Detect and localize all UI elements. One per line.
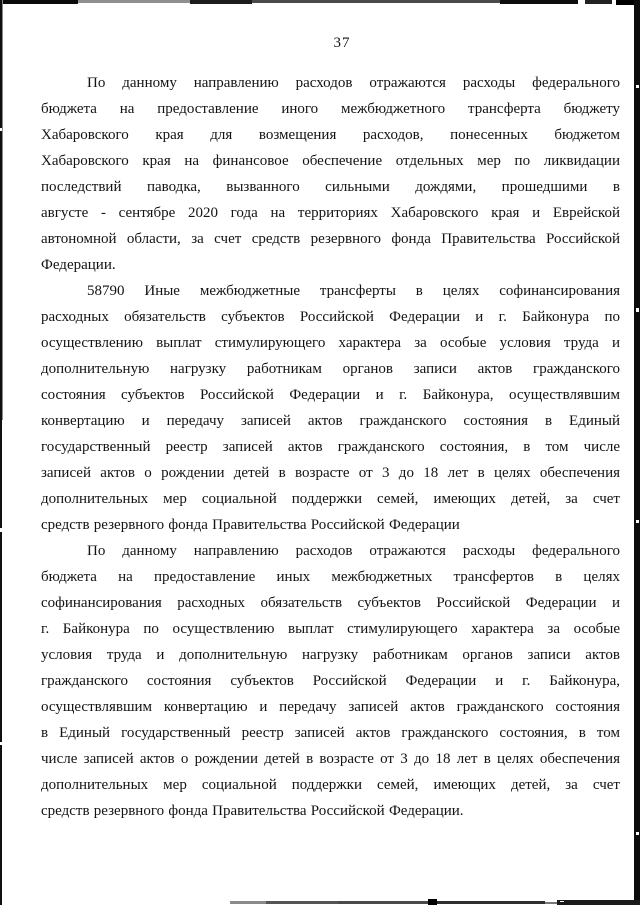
scan-artifact xyxy=(78,0,190,3)
text-line: расходных обязательств субъектов Российс… xyxy=(41,304,620,330)
scan-artifact xyxy=(0,742,2,745)
scan-artifact xyxy=(230,901,266,904)
text-line: средств резервного фонда Правительства Р… xyxy=(41,512,620,538)
text-line: По данному направлению расходов отражают… xyxy=(41,538,620,564)
scan-artifact xyxy=(190,0,252,4)
text-line: автономной области, за счет средств резе… xyxy=(41,226,620,252)
text-line: По данному направлению расходов отражают… xyxy=(41,70,620,96)
text-line: Хабаровского края на финансовое обеспече… xyxy=(41,148,620,174)
text-line: государственный реестр записей актов гра… xyxy=(41,434,620,460)
scan-artifact xyxy=(266,901,338,904)
text-line: дополнительных мер социальной поддержки … xyxy=(41,486,620,512)
text-line: в Единый государственный реестр записей … xyxy=(41,720,620,746)
paragraph: По данному направлению расходов отражают… xyxy=(41,70,620,278)
text-line: софинансирования расходных обязательств … xyxy=(41,590,620,616)
scan-artifact xyxy=(557,900,640,905)
paragraph: По данному направлению расходов отражают… xyxy=(41,538,620,824)
text-line: осуществлявшим конвертацию и передачу за… xyxy=(41,694,620,720)
text-line: условия труда и дополнительную нагрузку … xyxy=(41,642,620,668)
scan-artifact xyxy=(545,902,557,904)
text-line: записей актов о рождении детей в возраст… xyxy=(41,460,620,486)
scan-artifact xyxy=(0,0,78,4)
scan-artifact xyxy=(560,901,564,902)
text-line: г. Байконура по осуществлению выплат сти… xyxy=(41,616,620,642)
text-line: бюджета на предоставление иного межбюдже… xyxy=(41,96,620,122)
scan-artifact xyxy=(338,901,428,904)
paragraph: 58790 Иные межбюджетные трансферты в цел… xyxy=(41,278,620,538)
text-line: дополнительных мер социальной поддержки … xyxy=(41,772,620,798)
text-line: последствий паводка, вызванного сильными… xyxy=(41,174,620,200)
scan-artifact xyxy=(636,85,639,88)
document-page: 37 По данному направлению расходов отраж… xyxy=(0,0,640,905)
text-line: осуществлению выплат стимулирующего хара… xyxy=(41,330,620,356)
scan-artifact xyxy=(0,128,2,131)
scan-artifact xyxy=(428,899,437,905)
text-line: дополнительную нагрузку работникам орган… xyxy=(41,356,620,382)
text-line: августе - сентябре 2020 года на территор… xyxy=(41,200,620,226)
text-line: конвертацию и передачу записей актов гра… xyxy=(41,408,620,434)
scan-artifact xyxy=(636,520,639,523)
scan-artifact xyxy=(636,832,639,835)
scan-artifact xyxy=(437,901,545,904)
scan-artifact xyxy=(636,308,639,312)
text-line: гражданского состояния субъектов Российс… xyxy=(41,668,620,694)
document-body: По данному направлению расходов отражают… xyxy=(41,70,620,824)
scan-artifact xyxy=(634,0,640,905)
text-line: Хабаровского края для возмещения расходо… xyxy=(41,122,620,148)
text-line: Федерации. xyxy=(41,252,620,278)
scan-artifact xyxy=(500,0,578,4)
scan-artifact xyxy=(252,0,500,3)
scan-artifact xyxy=(2,0,3,420)
text-line: средств резервного фонда Правительства Р… xyxy=(41,798,620,824)
scan-artifact xyxy=(0,528,2,532)
text-line: состояния субъектов Российской Федерации… xyxy=(41,382,620,408)
text-line: числе записей актов о рождении детей в в… xyxy=(41,746,620,772)
text-line: 58790 Иные межбюджетные трансферты в цел… xyxy=(41,278,620,304)
scan-artifact xyxy=(585,0,612,4)
text-line: бюджета на предоставление иных межбюджет… xyxy=(41,564,620,590)
page-number: 37 xyxy=(0,35,640,52)
